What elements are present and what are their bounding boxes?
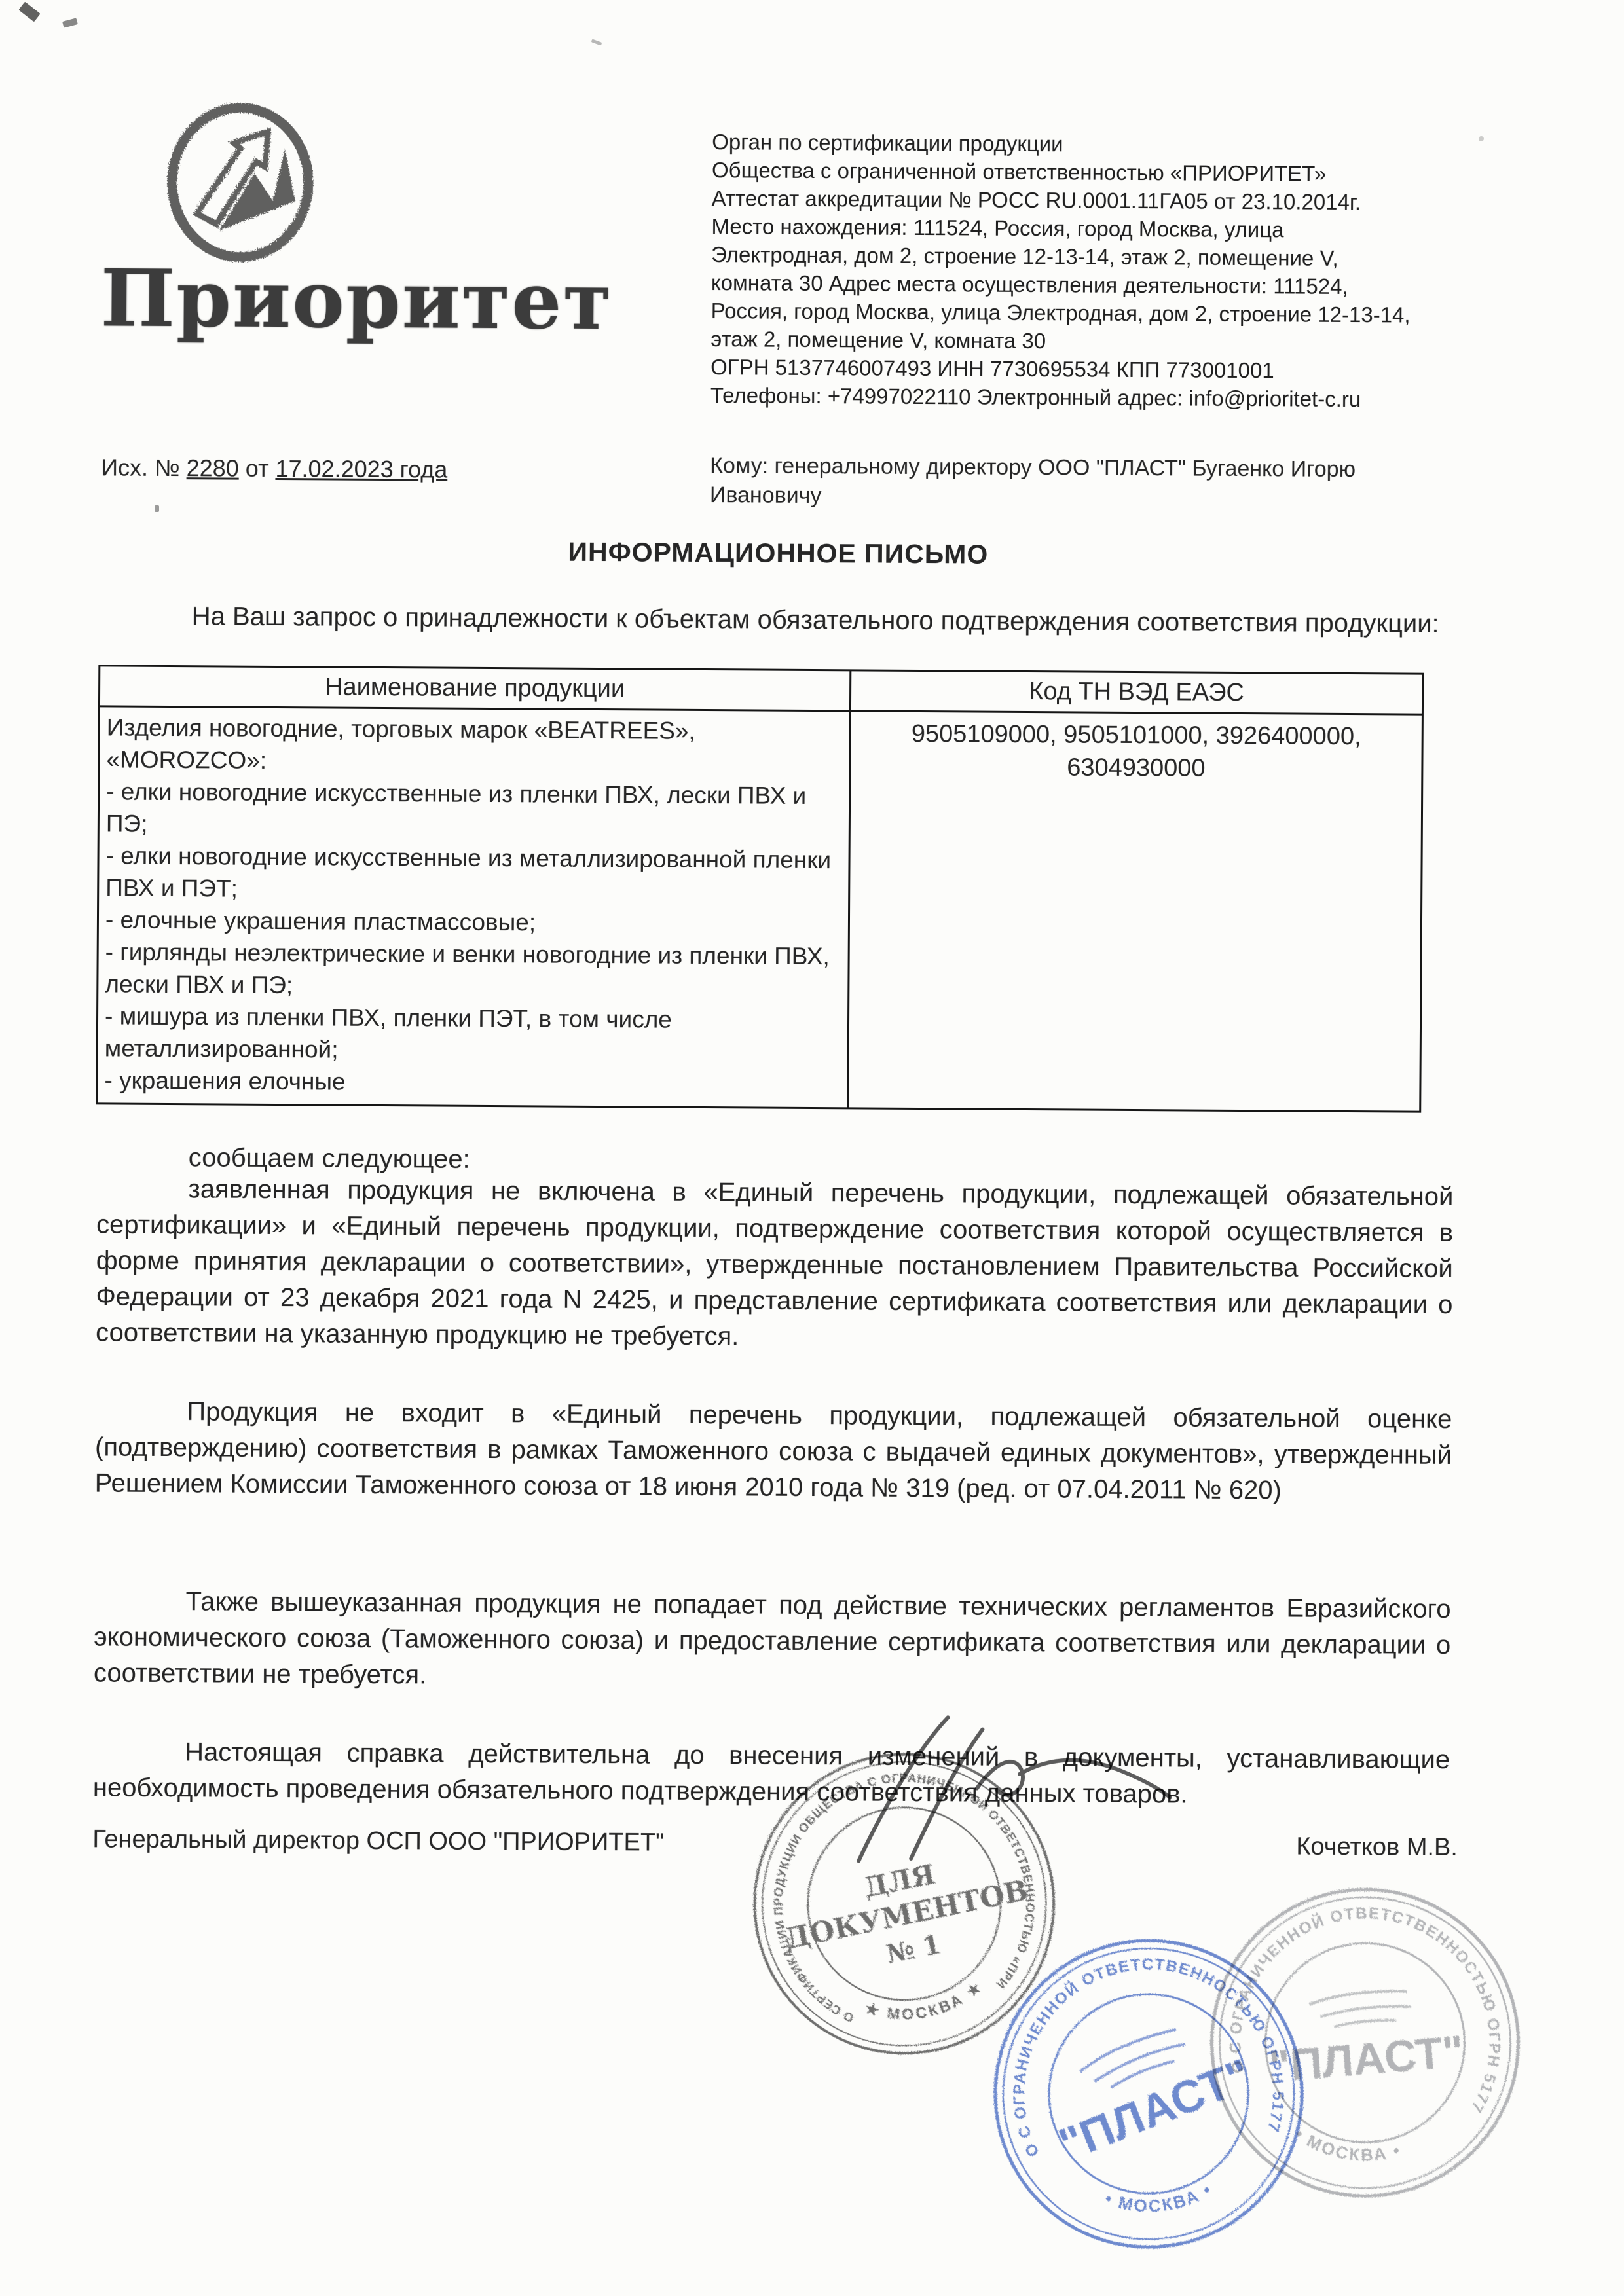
page-title: ИНФОРМАЦИОННОЕ ПИСЬМО [100, 534, 1456, 573]
org-info-line: этаж 2, помещение V, комната 30 [710, 325, 1473, 357]
product-line: - украшения елочные [104, 1064, 838, 1101]
products-table: Наименование продукции Код ТН ВЭД ЕАЭС И… [96, 665, 1424, 1112]
svg-text:★ МОСКВА ★: ★ МОСКВА ★ [860, 1975, 989, 2033]
org-info-line: Электродная, дом 2, строение 12-13-14, э… [711, 240, 1474, 273]
org-info-line: Аттестат аккредитации № РОСС RU.0001.11Г… [712, 184, 1475, 217]
org-info-line: комната 30 Адрес места осуществления дея… [711, 268, 1474, 301]
product-line: Изделия новогодние, торговых марок «BEAT… [106, 711, 840, 780]
paragraph: заявленная продукция не включена в «Един… [96, 1171, 1454, 1359]
product-line: - елки новогодние искусственные из метал… [105, 839, 840, 908]
table-row: Изделия новогодние, торговых марок «BEAT… [98, 707, 1422, 1110]
paragraph: Продукция не входит в «Единый перечень п… [95, 1393, 1452, 1510]
document-content: Приоритет Орган по сертификации продукци… [0, 0, 1624, 2296]
ref-of: от [246, 455, 269, 482]
product-name-cell: Изделия новогодние, торговых марок «BEAT… [98, 707, 851, 1107]
ref-number: 2280 [187, 454, 239, 481]
logo-brand-text: Приоритет [100, 252, 613, 348]
ref-date: 17.02.2023 года [275, 455, 447, 483]
ref-number-line: Исх. № 2280 от 17.02.2023 года [101, 454, 447, 483]
org-info-line: Место нахождения: 111524, Россия, город … [711, 212, 1474, 245]
org-info-line: Телефоны: +74997022110 Электронный адрес… [710, 381, 1473, 414]
signature-role: Генеральный директор ОСП ООО "ПРИОРИТЕТ" [92, 1825, 664, 1857]
intro-paragraph: На Ваш запрос о принадлежности к объекта… [100, 598, 1457, 642]
table-header-code: Код ТН ВЭД ЕАЭС [851, 671, 1422, 713]
product-line: - елочные украшения пластмассовые; [105, 903, 839, 940]
product-line: - елки новогодние искусственные из пленк… [106, 775, 840, 844]
table-header-product: Наименование продукции [100, 666, 851, 710]
scanned-letter-page: Приоритет Орган по сертификации продукци… [0, 0, 1624, 2296]
paragraph: Также вышеуказанная продукция не попадае… [94, 1583, 1451, 1700]
product-line: - мишура из пленки ПВХ, пленки ПЭТ, в то… [105, 1000, 839, 1068]
signature-name: Кочетков М.В. [1296, 1833, 1458, 1863]
svg-text:• МОСКВА •: • МОСКВА • [1101, 2178, 1217, 2221]
stamp-ring-bottom-text: • МОСКВА • [1101, 2178, 1217, 2221]
handwritten-signature [813, 1689, 1220, 1888]
org-info-block: Орган по сертификации продукции Общества… [710, 128, 1475, 414]
org-info-line: Россия, город Москва, улица Электродная,… [711, 297, 1474, 329]
code-cell: 9505109000, 9505101000, 3926400000, 6304… [849, 712, 1422, 1110]
org-info-line: Орган по сертификации продукции [712, 128, 1475, 160]
stamp-ring-bottom-text: ★ МОСКВА ★ [860, 1975, 989, 2033]
addressee-block: Кому: генеральному директору ООО "ПЛАСТ"… [710, 451, 1470, 515]
stamp-center-line: № 1 [884, 1929, 944, 1970]
org-info-line: ОГРН 5137746007493 ИНН 7730695534 КПП 77… [710, 353, 1473, 386]
logo-arrow-icon [156, 102, 327, 267]
org-info-line: Общества с ограниченной ответственностью… [712, 156, 1475, 189]
product-line: - гирлянды неэлектрические и венки новог… [105, 936, 839, 1004]
ref-prefix: Исх. № [101, 454, 180, 481]
